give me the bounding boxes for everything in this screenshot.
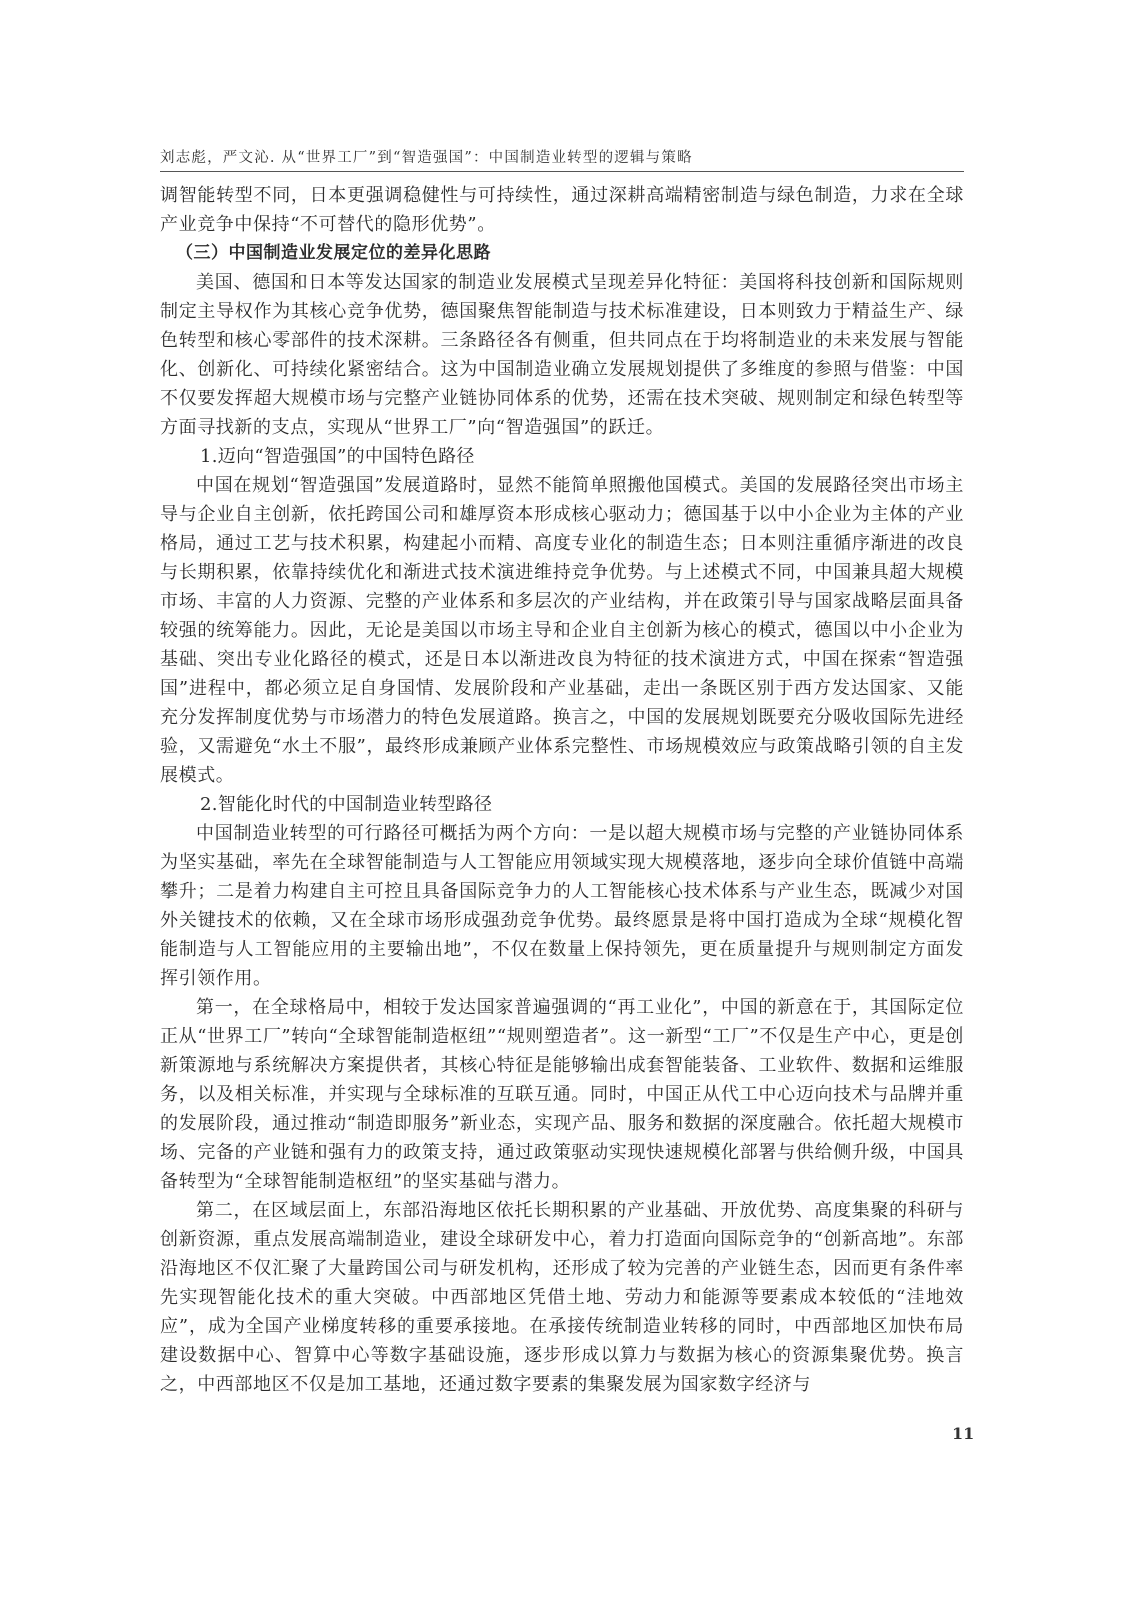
page-number: 11 <box>952 1424 974 1443</box>
subsection-1-heading: 1.迈向“智造强国”的中国特色路径 <box>160 442 964 471</box>
continuation-paragraph: 调智能转型不同，日本更强调稳健性与可持续性，通过深耕高端精密制造与绿色制造，力求… <box>160 181 964 239</box>
subsection-1-paragraph: 中国在规划“智造强国”发展道路时，显然不能简单照搬他国模式。美国的发展路径突出市… <box>160 471 964 790</box>
subsection-2-paragraph-3: 第二，在区域层面上，东部沿海地区依托长期积累的产业基础、开放优势、高度集聚的科研… <box>160 1196 964 1399</box>
article-body: 调智能转型不同，日本更强调稳健性与可持续性，通过深耕高端精密制造与绿色制造，力求… <box>160 181 964 1399</box>
header-divider <box>160 171 964 172</box>
subsection-2-paragraph-2: 第一，在全球格局中，相较于发达国家普遍强调的“再工业化”，中国的新意在于，其国际… <box>160 993 964 1196</box>
running-header: 刘志彪，严文沁. 从“世界工厂”到“智造强国”：中国制造业转型的逻辑与策略 <box>160 146 964 167</box>
subsection-2-heading: 2.智能化时代的中国制造业转型路径 <box>160 790 964 819</box>
subsection-2-paragraph-1: 中国制造业转型的可行路径可概括为两个方向：一是以超大规模市场与完整的产业链协同体… <box>160 819 964 993</box>
section-intro-paragraph: 美国、德国和日本等发达国家的制造业发展模式呈现差异化特征：美国将科技创新和国际规… <box>160 268 964 442</box>
section-heading: （三）中国制造业发展定位的差异化思路 <box>160 239 964 268</box>
